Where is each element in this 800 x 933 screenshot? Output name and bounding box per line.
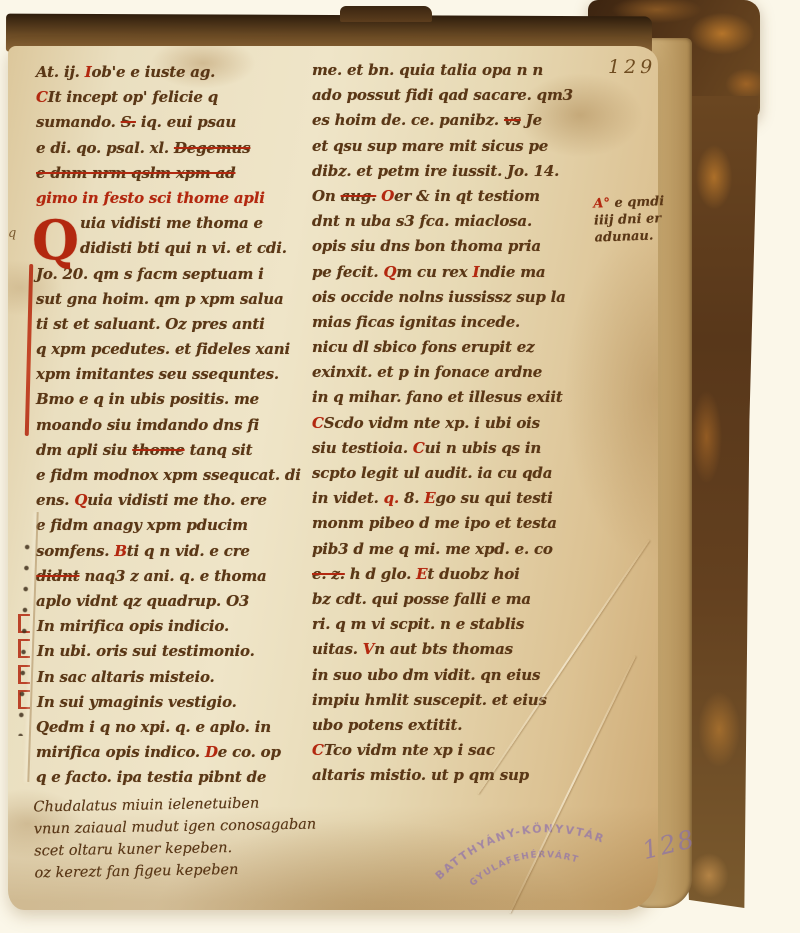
text-segment: O — [381, 187, 394, 205]
text-segment: e dnm nrm qslm xpm ad — [36, 164, 235, 182]
manuscript-line: in q mihar. fano et illesus exiit — [312, 385, 592, 410]
manuscript-line: opis siu dns bon thoma pria — [312, 234, 592, 259]
marginal-note: A° e qmdiiiij dni eradunau. — [593, 192, 685, 246]
text-segment: Tco vidm nte xp i sac — [324, 741, 495, 759]
text-segment: e di. qo. psal. xl. — [36, 139, 174, 157]
manuscript-line: On aug. Oer & in qt testiom — [312, 184, 592, 209]
text-segment: n aut bts thomas — [374, 640, 513, 658]
manuscript-line: somfens. Bti q n vid. e cre — [36, 539, 304, 564]
text-segment: Degemus — [174, 139, 250, 157]
text-segment: moando siu imdando dns fi — [36, 416, 259, 434]
text-segment: E — [416, 565, 427, 583]
text-segment: opis siu dns bon thoma pria — [312, 237, 541, 255]
manuscript-line: dm apli siu thome tanq sit — [36, 438, 304, 463]
text-segment: xpm imitantes seu ssequntes. — [36, 365, 279, 383]
text-segment: in videt. — [312, 489, 384, 507]
text-segment: E — [424, 489, 435, 507]
manuscript-line: mias ficas ignitas incede. — [312, 310, 592, 335]
manuscript-line: Qedm i q no xpi. q. e aplo. in — [36, 715, 304, 740]
text-segment: ti st et saluant. Oz pres anti — [36, 315, 265, 333]
column-1: At. ij. Iob'e e iuste ag.CIt incept op' … — [36, 60, 304, 790]
text-segment: gimo in festo sci thome apli — [36, 189, 265, 207]
text-segment: pib3 d me q mi. me xpd. e. co — [312, 540, 553, 558]
manuscript-line: didnt naq3 z ani. q. e thoma — [36, 564, 304, 589]
text-segment: pe fecit. — [312, 263, 383, 281]
text-segment: m cu rex — [396, 263, 472, 281]
svg-text:BATTHYÁNY-KÖNYVTÁR: BATTHYÁNY-KÖNYVTÁR — [427, 811, 610, 884]
text-segment: ui n ubis qs in — [425, 439, 541, 457]
manuscript-line: siu testioia. Cui n ubis qs in — [312, 436, 592, 461]
text-segment: vnun zaiaual mudut igen conosagaban — [34, 817, 317, 838]
manuscript-line: CTco vidm nte xp i sac — [312, 738, 592, 763]
manuscript-line: CScdo vidm nte xp. i ubi ois — [312, 411, 592, 436]
text-segment: In ubi. oris sui testimonio. — [37, 642, 255, 660]
text-segment: scpto legit ul audit. ia cu qda — [312, 464, 552, 482]
hungarian-note: Chudalatus miuin ielenetuibenvnun zaiaua… — [33, 792, 317, 885]
manuscript-line: e fidm anagy xpm pducim — [36, 513, 304, 538]
text-segment: me. et bn. quia talia opa n n — [312, 61, 543, 79]
manuscript-line: in videt. q. 8. Ego su qui testi — [312, 486, 592, 511]
manuscript-line: CIt incept op' felicie q — [36, 85, 304, 110]
manuscript-line: ti st et saluant. Oz pres anti — [36, 312, 304, 337]
text-segment: B — [114, 542, 126, 560]
manuscript-line: e fidm modnox xpm ssequcat. di — [36, 463, 304, 488]
text-segment: In mirifica opis indicio. — [37, 617, 229, 635]
text-segment: somfens. — [36, 542, 114, 560]
manuscript-line: monm pibeo d me ipo et testa — [312, 511, 592, 536]
rubricated-initial: Q — [32, 208, 79, 272]
text-segment: dnt n uba s3 fca. miaclosa. — [312, 212, 532, 230]
initial-descender-flourish — [25, 264, 34, 436]
column-2: me. et bn. quia talia opa n nado possut … — [312, 58, 592, 788]
text-segment: q xpm pcedutes. et fideles xani — [36, 340, 290, 358]
text-segment: scet oltaru kuner kepeben. — [34, 840, 232, 859]
manuscript-line: bz cdt. qui posse falli e ma — [312, 587, 592, 612]
text-segment: didisti bti qui n vi. et cdi. — [80, 239, 287, 257]
text-segment: impiu hmlit suscepit. et eius — [312, 691, 547, 709]
parchment-page: 129 At. ij. Iob'e e iuste ag.CIt incept … — [8, 46, 658, 910]
text-segment: tanq sit — [185, 441, 253, 459]
text-segment: adunau. — [594, 229, 653, 246]
manuscript-line: xpm imitantes seu ssequntes. — [36, 362, 304, 387]
text-segment: D — [205, 743, 218, 761]
manuscript-line: pe fecit. Qm cu rex Indie ma — [312, 260, 592, 285]
manuscript-line: altaris mistio. ut p qm sup — [312, 763, 592, 788]
text-segment: aug. — [341, 187, 377, 205]
text-segment: e co. op — [218, 743, 281, 761]
text-segment: in suo ubo dm vidit. qn eius — [312, 666, 540, 684]
text-segment: ti q n vid. e cre — [127, 542, 250, 560]
text-segment: aplo vidnt qz quadrup. O3 — [36, 592, 249, 610]
manuscript-line: ois occide nolns iussissz sup la — [312, 285, 592, 310]
manuscript-photo: 129 At. ij. Iob'e e iuste ag.CIt incept … — [0, 0, 800, 933]
text-segment: I — [85, 63, 92, 81]
text-segment: t duobz hoi — [427, 565, 519, 583]
text-segment: S. — [121, 113, 136, 131]
manuscript-line: oz kerezt fan figeu kepeben — [34, 858, 317, 885]
manuscript-line: sumando. S. iq. eui psau — [36, 110, 304, 135]
manuscript-line: adunau. — [594, 226, 685, 246]
manuscript-line: nicu dl sbico fons erupit ez — [312, 335, 592, 360]
text-segment: iq. eui psau — [136, 113, 236, 131]
manuscript-line: In mirifica opis indicio. — [36, 614, 304, 639]
text-segment: V — [363, 640, 374, 658]
text-segment: mirifica opis indico. — [36, 743, 205, 761]
manuscript-line: moando siu imdando dns fi — [36, 413, 304, 438]
text-segment: dm apli siu — [36, 441, 132, 459]
stamp-arc-text: BATTHYÁNY-KÖNYVTÁR — [427, 811, 610, 884]
folio-number-top: 129 — [608, 56, 656, 78]
text-segment: Q — [74, 491, 87, 509]
text-segment: siu testioia. — [312, 439, 413, 457]
text-segment: ndie ma — [479, 263, 545, 281]
text-segment: q. — [384, 489, 399, 507]
text-segment: iiij dni er — [594, 211, 662, 228]
text-segment: Q — [383, 263, 396, 281]
text-segment: On — [312, 187, 341, 205]
text-segment: es hoim de. ce. panibz. — [312, 111, 504, 129]
manuscript-line: et qsu sup mare mit sicus pe — [312, 134, 592, 159]
manuscript-line: In sac altaris misteio. — [36, 665, 304, 690]
manuscript-line: e. z. h d glo. Et duobz hoi — [312, 562, 592, 587]
text-segment: go su qui testi — [436, 489, 553, 507]
manuscript-line: mirifica opis indico. De co. op — [36, 740, 304, 765]
text-segment: dibz. et petm ire iussit. Jo. 14. — [312, 162, 559, 180]
manuscript-line: exinxit. et p in fonace ardne — [312, 360, 592, 385]
library-stamp: BATTHYÁNY-KÖNYVTÁR GYULAFEHÉRVÁRT — [418, 789, 630, 909]
text-segment: C — [36, 88, 48, 106]
manuscript-line: dnt n uba s3 fca. miaclosa. — [312, 209, 592, 234]
text-segment: In sac altaris misteio. — [37, 668, 215, 686]
text-segment: uia vidisti me thoma e — [80, 214, 263, 232]
text-segment: vs — [504, 111, 521, 129]
manuscript-line: ado possut fidi qad sacare. qm3 — [312, 83, 592, 108]
manuscript-line: At. ij. Iob'e e iuste ag. — [36, 60, 304, 85]
manuscript-line: ubo potens extitit. — [312, 713, 592, 738]
text-segment: ob'e e iuste ag. — [92, 63, 216, 81]
manuscript-line: In ubi. oris sui testimonio. — [36, 639, 304, 664]
text-segment: ois occide nolns iussissz sup la — [312, 288, 566, 306]
text-segment: C — [312, 741, 324, 759]
text-segment: Bmo e q in ubis positis. me — [36, 390, 259, 408]
book-top-edge-bump — [340, 6, 432, 22]
text-segment: C — [413, 439, 425, 457]
manuscript-line: impiu hmlit suscepit. et eius — [312, 688, 592, 713]
text-segment: sut gna hoim. qm p xpm salua — [36, 290, 283, 308]
text-segment: thome — [132, 441, 184, 459]
text-segment: 8. — [399, 489, 424, 507]
text-segment: Qedm i q no xpi. q. e aplo. in — [36, 718, 271, 736]
manuscript-line: es hoim de. ce. panibz. vs Je — [312, 108, 592, 133]
manuscript-line: me. et bn. quia talia opa n n — [312, 58, 592, 83]
text-segment: e fidm modnox xpm ssequcat. di — [36, 466, 301, 484]
manuscript-line: sut gna hoim. qm p xpm salua — [36, 287, 304, 312]
text-segment: e fidm anagy xpm pducim — [36, 516, 248, 534]
manuscript-line: pib3 d me q mi. me xpd. e. co — [312, 537, 592, 562]
text-segment: monm pibeo d me ipo et testa — [312, 514, 557, 532]
text-segment: A° — [593, 196, 610, 212]
manuscript-line: In sui ymaginis vestigio. — [36, 690, 304, 715]
text-segment: altaris mistio. ut p qm sup — [312, 766, 529, 784]
manuscript-line: dibz. et petm ire iussit. Jo. 14. — [312, 159, 592, 184]
text-segment: q e facto. ipa testia pibnt de — [36, 768, 266, 786]
text-segment: mias ficas ignitas incede. — [312, 313, 520, 331]
manuscript-line: e dnm nrm qslm xpm ad — [36, 161, 304, 186]
text-segment: er & in qt testiom — [394, 187, 540, 205]
text-segment: C — [312, 414, 324, 432]
margin-siglum: q — [8, 226, 16, 241]
text-segment: Chudalatus miuin ielenetuiben — [33, 796, 259, 816]
text-segment: uia vidisti me tho. ere — [87, 491, 267, 509]
text-segment: It incept op' felicie q — [48, 88, 218, 106]
text-segment: in q mihar. fano et illesus exiit — [312, 388, 563, 406]
text-segment: nicu dl sbico fons erupit ez — [312, 338, 534, 356]
text-segment: In sui ymaginis vestigio. — [37, 693, 237, 711]
text-segment: Scdo vidm nte xp. i ubi ois — [324, 414, 540, 432]
text-segment: naq3 z ani. q. e thoma — [80, 567, 267, 585]
manuscript-line: scpto legit ul audit. ia cu qda — [312, 461, 592, 486]
manuscript-line: q xpm pcedutes. et fideles xani — [36, 337, 304, 362]
text-segment: exinxit. et p in fonace ardne — [312, 363, 542, 381]
manuscript-line: ri. q m vi scpit. n e stablis — [312, 612, 592, 637]
text-segment: uitas. — [312, 640, 363, 658]
text-segment: et qsu sup mare mit sicus pe — [312, 137, 548, 155]
text-segment: bz cdt. qui posse falli e ma — [312, 590, 531, 608]
text-segment: Je — [521, 111, 542, 129]
text-segment: oz kerezt fan figeu kepeben — [34, 862, 238, 882]
manuscript-line: ens. Quia vidisti me tho. ere — [36, 488, 304, 513]
manuscript-line: e di. qo. psal. xl. Degemus — [36, 136, 304, 161]
text-segment: ubo potens extitit. — [312, 716, 462, 734]
text-segment: ri. q m vi scpit. n e stablis — [312, 615, 524, 633]
manuscript-line: uitas. Vn aut bts thomas — [312, 637, 592, 662]
text-segment: didnt — [36, 567, 80, 585]
text-segment: ens. — [36, 491, 74, 509]
manuscript-line: aplo vidnt qz quadrup. O3 — [36, 589, 304, 614]
manuscript-line: q e facto. ipa testia pibnt de — [36, 765, 304, 790]
text-segment: h d glo. — [345, 565, 416, 583]
text-segment: sumando. — [36, 113, 121, 131]
text-segment: e qmdi — [610, 194, 665, 211]
manuscript-line: Bmo e q in ubis positis. me — [36, 387, 304, 412]
text-segment: ado possut fidi qad sacare. qm3 — [312, 86, 573, 104]
text-segment: e. z. — [312, 565, 345, 583]
text-segment: At. ij. — [36, 63, 85, 81]
